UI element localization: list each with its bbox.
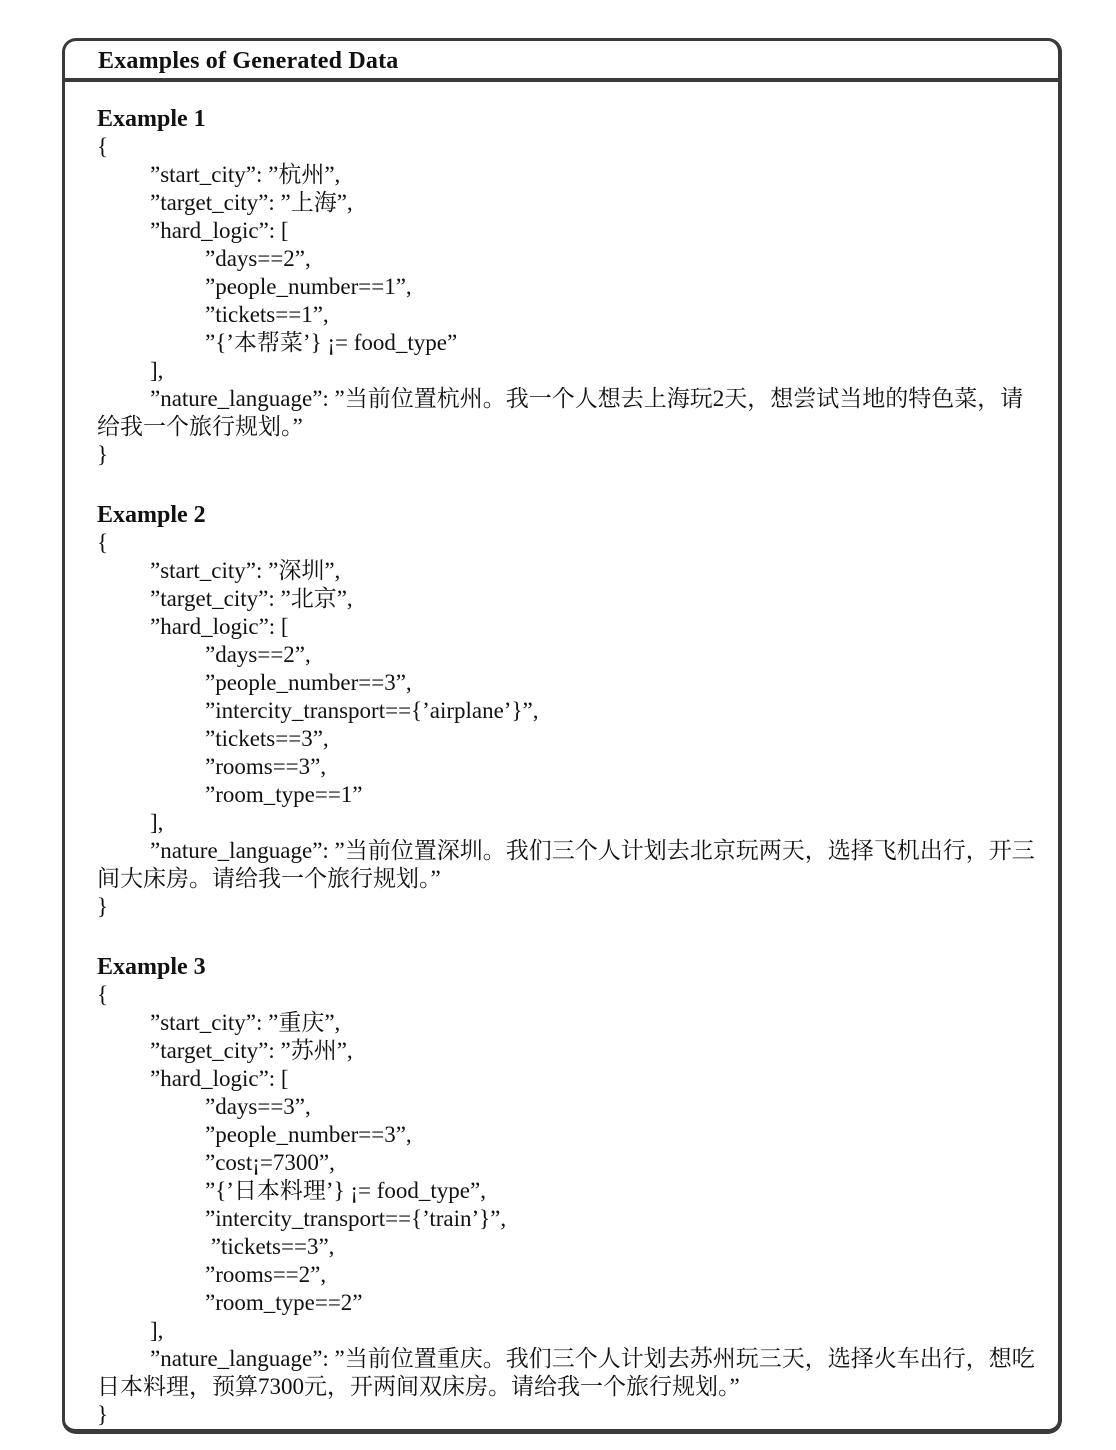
code-line: ”intercity_transport=={’train’}”,: [205, 1205, 1040, 1233]
code-line: ],: [150, 357, 1040, 385]
nature-language-text: ”nature_language”: ”当前位置重庆。我们三个人计划去苏州玩三天…: [97, 1345, 1040, 1401]
example-heading: Example 3: [97, 953, 1040, 981]
code-line: ”target_city”: ”苏州”,: [150, 1037, 1040, 1065]
code-line: ”people_number==1”,: [205, 273, 1040, 301]
code-line: ”target_city”: ”上海”,: [150, 189, 1040, 217]
example-2: Example 2 { ”start_city”: ”深圳”, ”target_…: [97, 501, 1040, 921]
code-line: ”hard_logic”: [: [150, 217, 1040, 245]
nature-language-text: ”nature_language”: ”当前位置杭州。我一个人想去上海玩2天，想…: [97, 385, 1040, 441]
code-line: ”hard_logic”: [: [150, 1065, 1040, 1093]
code-line: ”tickets==1”,: [205, 301, 1040, 329]
code-line: ”{’日本料理’} ¡= food_type”,: [205, 1177, 1040, 1205]
code-line: ”start_city”: ”重庆”,: [150, 1009, 1040, 1037]
code-line: ”room_type==2”: [205, 1289, 1040, 1317]
code-line: }: [97, 441, 1040, 469]
code-line: ”days==2”,: [205, 641, 1040, 669]
code-line: ”rooms==3”,: [205, 753, 1040, 781]
code-line: ”days==2”,: [205, 245, 1040, 273]
code-line: ”rooms==2”,: [205, 1261, 1040, 1289]
code-line: ],: [150, 809, 1040, 837]
code-line: ”start_city”: ”深圳”,: [150, 557, 1040, 585]
nature-language-text: ”nature_language”: ”当前位置深圳。我们三个人计划去北京玩两天…: [97, 837, 1040, 893]
panel-body: Example 1 { ”start_city”: ”杭州”, ”target_…: [65, 82, 1058, 1429]
code-line: ”tickets==3”,: [205, 1233, 1040, 1261]
code-line: }: [97, 893, 1040, 921]
code-line: {: [97, 981, 1040, 1009]
code-line: ”room_type==1”: [205, 781, 1040, 809]
code-line: ],: [150, 1317, 1040, 1345]
example-heading: Example 2: [97, 501, 1040, 529]
example-heading: Example 1: [97, 105, 1040, 133]
code-line: ”tickets==3”,: [205, 725, 1040, 753]
page: Examples of Generated Data Example 1 { ”…: [0, 0, 1116, 1450]
code-line: ”{’本帮菜’} ¡= food_type”: [205, 329, 1040, 357]
examples-panel: Examples of Generated Data Example 1 { ”…: [62, 38, 1062, 1434]
example-3: Example 3 { ”start_city”: ”重庆”, ”target_…: [97, 953, 1040, 1429]
code-line: ”hard_logic”: [: [150, 613, 1040, 641]
example-1: Example 1 { ”start_city”: ”杭州”, ”target_…: [97, 105, 1040, 469]
code-line: {: [97, 529, 1040, 557]
code-line: ”target_city”: ”北京”,: [150, 585, 1040, 613]
code-line: {: [97, 133, 1040, 161]
code-line: ”cost¡=7300”,: [205, 1149, 1040, 1177]
code-line: ”start_city”: ”杭州”,: [150, 161, 1040, 189]
panel-title: Examples of Generated Data: [65, 41, 1058, 82]
code-line: ”people_number==3”,: [205, 1121, 1040, 1149]
code-line: ”days==3”,: [205, 1093, 1040, 1121]
code-line: }: [97, 1401, 1040, 1429]
code-line: ”people_number==3”,: [205, 669, 1040, 697]
code-line: ”intercity_transport=={’airplane’}”,: [205, 697, 1040, 725]
